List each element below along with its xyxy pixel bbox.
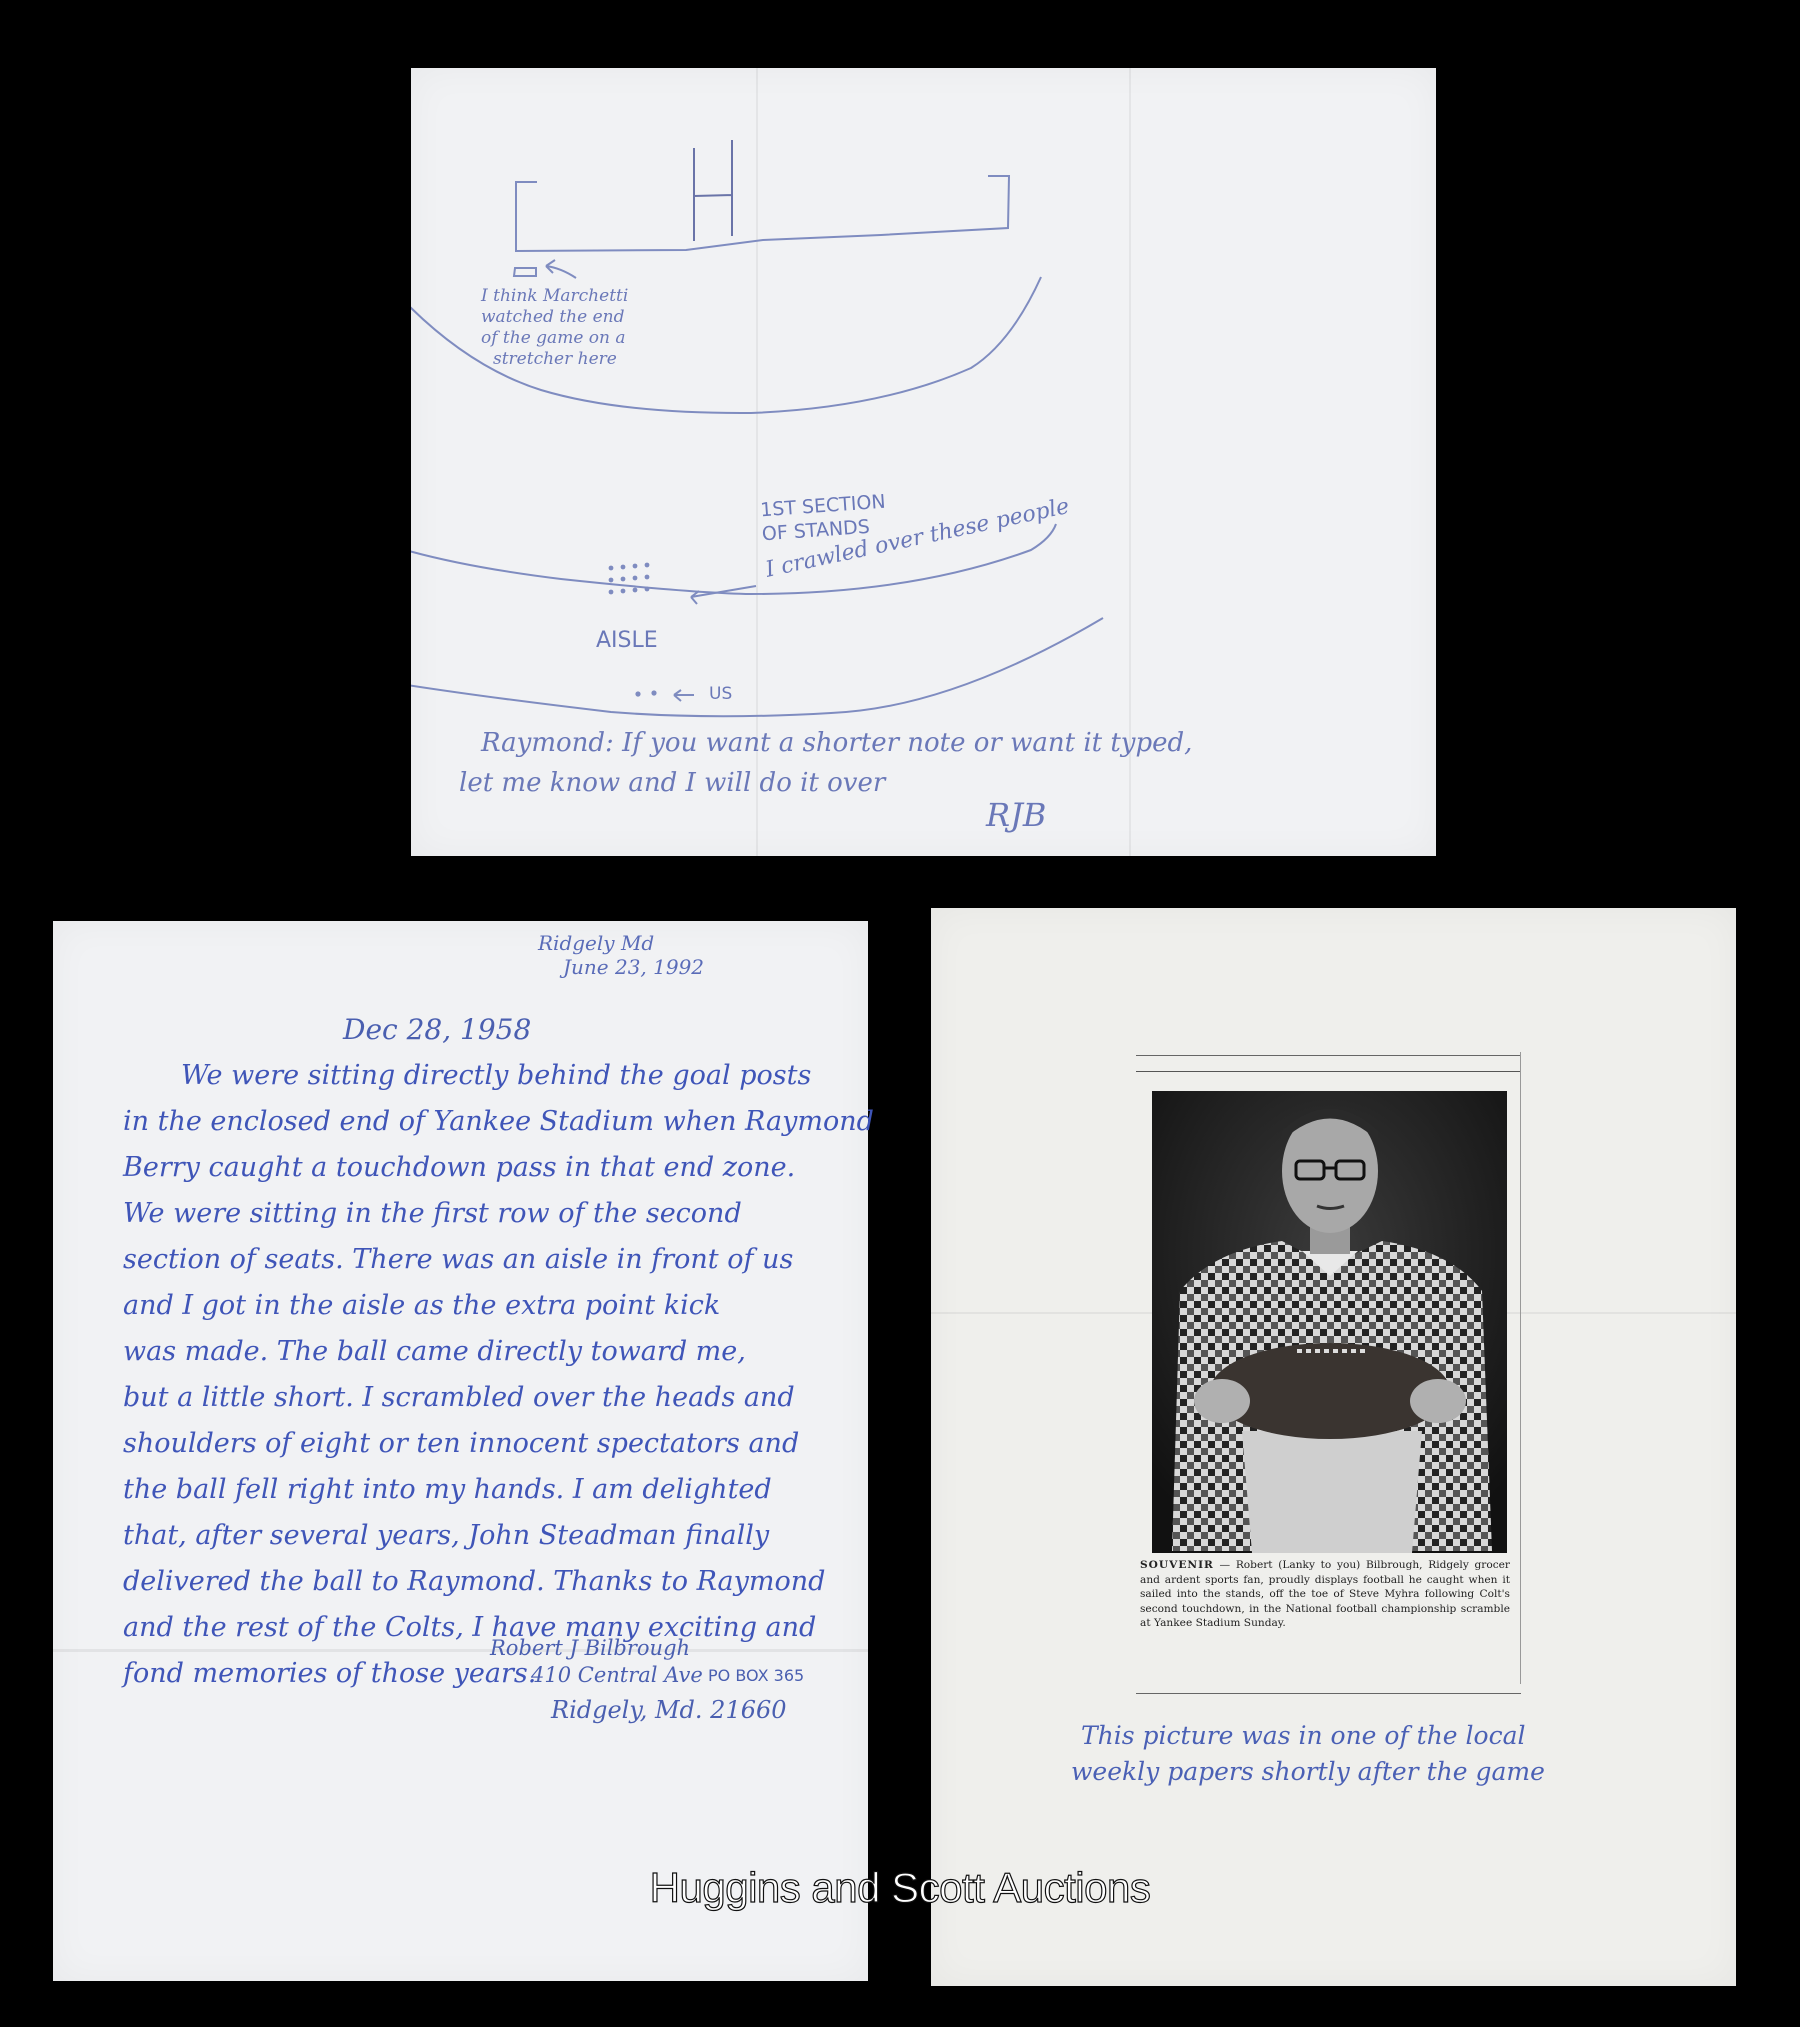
address-street: 410 Central Ave [531,1663,703,1687]
marchetti-note: I think Marchetti watched the end of the… [481,286,628,370]
auction-watermark: Huggins and Scott Auctions [0,1864,1800,1912]
letter-signature: Robert J Bilbrough [490,1636,690,1660]
event-date: Dec 28, 1958 [343,1013,531,1046]
clipping-rule [1136,1693,1521,1694]
address-po-box: PO BOX 365 [708,1666,804,1685]
newspaper-caption: SOUVENIR — Robert (Lanky to you) Bilbrou… [1140,1558,1510,1631]
letter-body: We were sitting directly behind the goal… [123,1053,853,1697]
us-label: US [709,684,732,704]
letter-place-date: Ridgely Md June 23, 1992 [538,931,704,979]
aisle-label: AISLE [596,628,658,653]
man-holding-football-photo [1152,1091,1507,1553]
initials-signature: RJB [986,796,1046,834]
address-city: Ridgely, Md. 21660 [551,1696,787,1724]
diagram-sheet: I think Marchetti watched the end of the… [411,68,1436,856]
clipping-handwritten-note: This picture was in one of the local wee… [1081,1718,1545,1790]
diagram-note: Raymond: If you want a shorter note or w… [481,723,1192,803]
newspaper-photo [1152,1091,1507,1553]
letter-sheet: Ridgely Md June 23, 1992 Dec 28, 1958 We… [53,921,868,1981]
clipping-sheet: SOUVENIR — Robert (Lanky to you) Bilbrou… [931,908,1736,1986]
